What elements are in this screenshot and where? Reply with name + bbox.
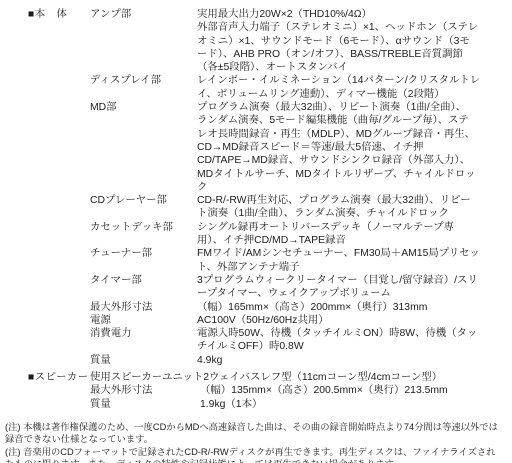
spec-value: シングル録再オートリバースデッキ（ノーマルテープ専 用）、イチ押CD/MD→TA… <box>197 221 506 248</box>
spec-label: 最大外形寸法 <box>90 301 197 314</box>
spec-value: 1.9kg（1本） <box>200 398 506 411</box>
spec-row-weight: 質量 4.9kg <box>90 354 506 367</box>
spec-value: AC100V（50Hz/60Hz共用） <box>197 314 506 327</box>
spec-row-cd-player: CDプレーヤー部 CD-R/-RW再生対応、プログラム演奏（最大32曲）、リピー… <box>90 194 506 221</box>
footnotes: (注) 本機は著作権保護のため、一度CDからMDへ高速録音した曲は、その曲の録音… <box>5 421 506 463</box>
spec-row-tuner: チューナー部 FMワイド/AMシンセチューナー、FM30局＋AM15局プリセッ … <box>90 247 506 274</box>
spec-value: 4.9kg <box>197 354 506 367</box>
spec-value: FMワイド/AMシンセチューナー、FM30局＋AM15局プリセッ ト、外部アンテ… <box>197 247 506 274</box>
spec-value: 2ウェイバスレフ型（11cmコーン型/4cmコーン型） <box>203 371 506 384</box>
spec-value: 電源入時50W、待機（タッチイルミON）時8W、待機（タッ チイルミOFF）時0… <box>197 327 506 354</box>
main-unit-rows: アンプ部 実用最大出力20W×2（THD10%/4Ω） 外部音声入力端子（ステレ… <box>90 8 506 367</box>
main-unit-section: ■本 体 アンプ部 実用最大出力20W×2（THD10%/4Ω） 外部音声入力端… <box>28 8 506 367</box>
spec-label: 最大外形寸法 <box>90 384 200 397</box>
spec-row-amp: アンプ部 実用最大出力20W×2（THD10%/4Ω） 外部音声入力端子（ステレ… <box>90 8 506 74</box>
spec-row-timer: タイマー部 3プログラムウィークリータイマー（目覚し/留守録音）/スリ ープタイ… <box>90 274 506 301</box>
spec-row-power-supply: 電源 AC100V（50Hz/60Hz共用） <box>90 314 506 327</box>
spec-row-md: MD部 プログラム演奏（最大32曲）、リピート演奏（1曲/全曲）、 ランダム演奏… <box>90 101 506 194</box>
footnote-copy-protection: (注) 本機は著作権保護のため、一度CDからMDへ高速録音した曲は、その曲の録音… <box>5 421 506 446</box>
spec-label: 電源 <box>90 314 197 327</box>
spec-row-display: ディスプレイ部 レインボー・イルミネーション（14パターン/クリスタルトレ イ、… <box>90 74 506 101</box>
spec-row-speaker-unit: 使用スピーカーユニット 2ウェイバスレフ型（11cmコーン型/4cmコーン型） <box>90 371 506 384</box>
speaker-section: ■スピーカー 使用スピーカーユニット 2ウェイバスレフ型（11cmコーン型/4c… <box>28 371 506 411</box>
speaker-section-label: ■スピーカー <box>28 371 90 411</box>
spec-label: カセットデッキ部 <box>90 221 197 248</box>
spec-label: 使用スピーカーユニット <box>90 371 203 384</box>
spec-label: タイマー部 <box>90 274 197 301</box>
spec-value: 実用最大出力20W×2（THD10%/4Ω） 外部音声入力端子（ステレオミニ）×… <box>197 8 506 74</box>
spec-value: CD-R/-RW再生対応、プログラム演奏（最大32曲）、リピー ト演奏（1曲/全… <box>197 194 506 221</box>
spec-row-speaker-weight: 質量 1.9kg（1本） <box>90 398 506 411</box>
spec-label: MD部 <box>90 101 197 194</box>
spec-label: チューナー部 <box>90 247 197 274</box>
spec-row-speaker-dimensions: 最大外形寸法 （幅）135mm×（高さ）200.5mm×（奥行）213.5mm <box>90 384 506 397</box>
spec-value: レインボー・イルミネーション（14パターン/クリスタルトレ イ、ボリュームリング… <box>197 74 506 101</box>
spec-row-dimensions: 最大外形寸法 （幅）165mm×（高さ）200mm×（奥行）313mm <box>90 301 506 314</box>
spec-sheet-page: ■本 体 アンプ部 実用最大出力20W×2（THD10%/4Ω） 外部音声入力端… <box>0 0 512 463</box>
speaker-rows: 使用スピーカーユニット 2ウェイバスレフ型（11cmコーン型/4cmコーン型） … <box>90 371 506 411</box>
spec-label: 消費電力 <box>90 327 197 354</box>
spec-label: ディスプレイ部 <box>90 74 197 101</box>
spec-label: アンプ部 <box>90 8 197 74</box>
main-unit-section-label: ■本 体 <box>28 8 90 367</box>
spec-value: プログラム演奏（最大32曲）、リピート演奏（1曲/全曲）、 ランダム演奏、5モー… <box>197 101 506 194</box>
spec-label: 質量 <box>90 354 197 367</box>
spec-label: CDプレーヤー部 <box>90 194 197 221</box>
spec-value: （幅）135mm×（高さ）200.5mm×（奥行）213.5mm <box>200 384 506 397</box>
spec-row-cassette-deck: カセットデッキ部 シングル録再オートリバースデッキ（ノーマルテープ専 用）、イチ… <box>90 221 506 248</box>
footnote-cdr-playback: (注) 音楽用のCDフォーマットで記録されたCD-R/-RWディスクが再生できま… <box>5 446 506 463</box>
spec-row-power-consumption: 消費電力 電源入時50W、待機（タッチイルミON）時8W、待機（タッ チイルミO… <box>90 327 506 354</box>
spec-value: （幅）165mm×（高さ）200mm×（奥行）313mm <box>197 301 506 314</box>
spec-label: 質量 <box>90 398 200 411</box>
spec-value: 3プログラムウィークリータイマー（目覚し/留守録音）/スリ ープタイマー、ウェイ… <box>197 274 506 301</box>
